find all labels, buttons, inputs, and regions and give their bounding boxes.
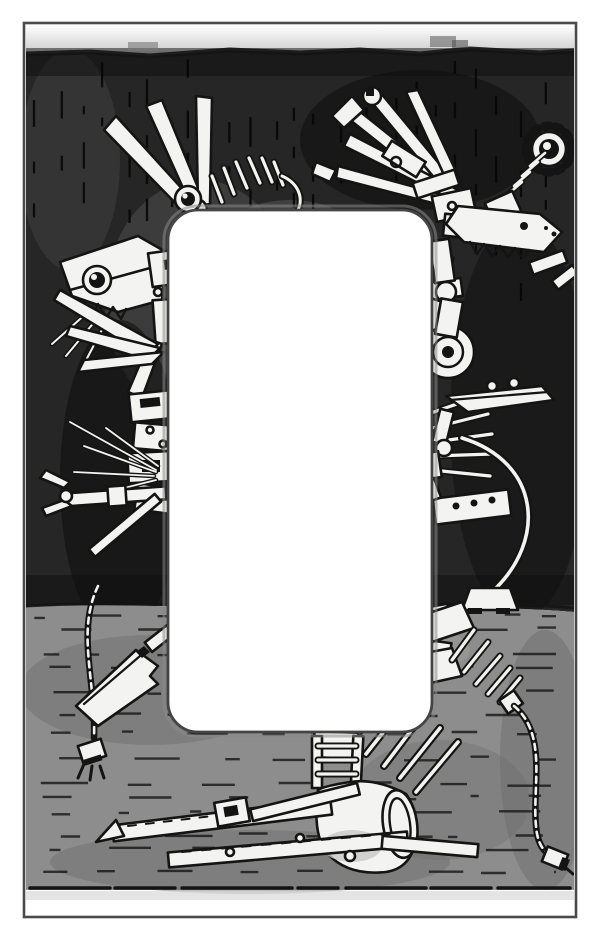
chain-link xyxy=(435,298,463,337)
floor-edge-smudge xyxy=(26,891,574,900)
illustration-canvas: Black-and-white pen and ink illustration… xyxy=(0,0,600,941)
blank-center-panel xyxy=(168,210,432,732)
arch-foot xyxy=(462,588,518,610)
illustration: Black-and-white pen and ink illustration… xyxy=(0,0,600,941)
